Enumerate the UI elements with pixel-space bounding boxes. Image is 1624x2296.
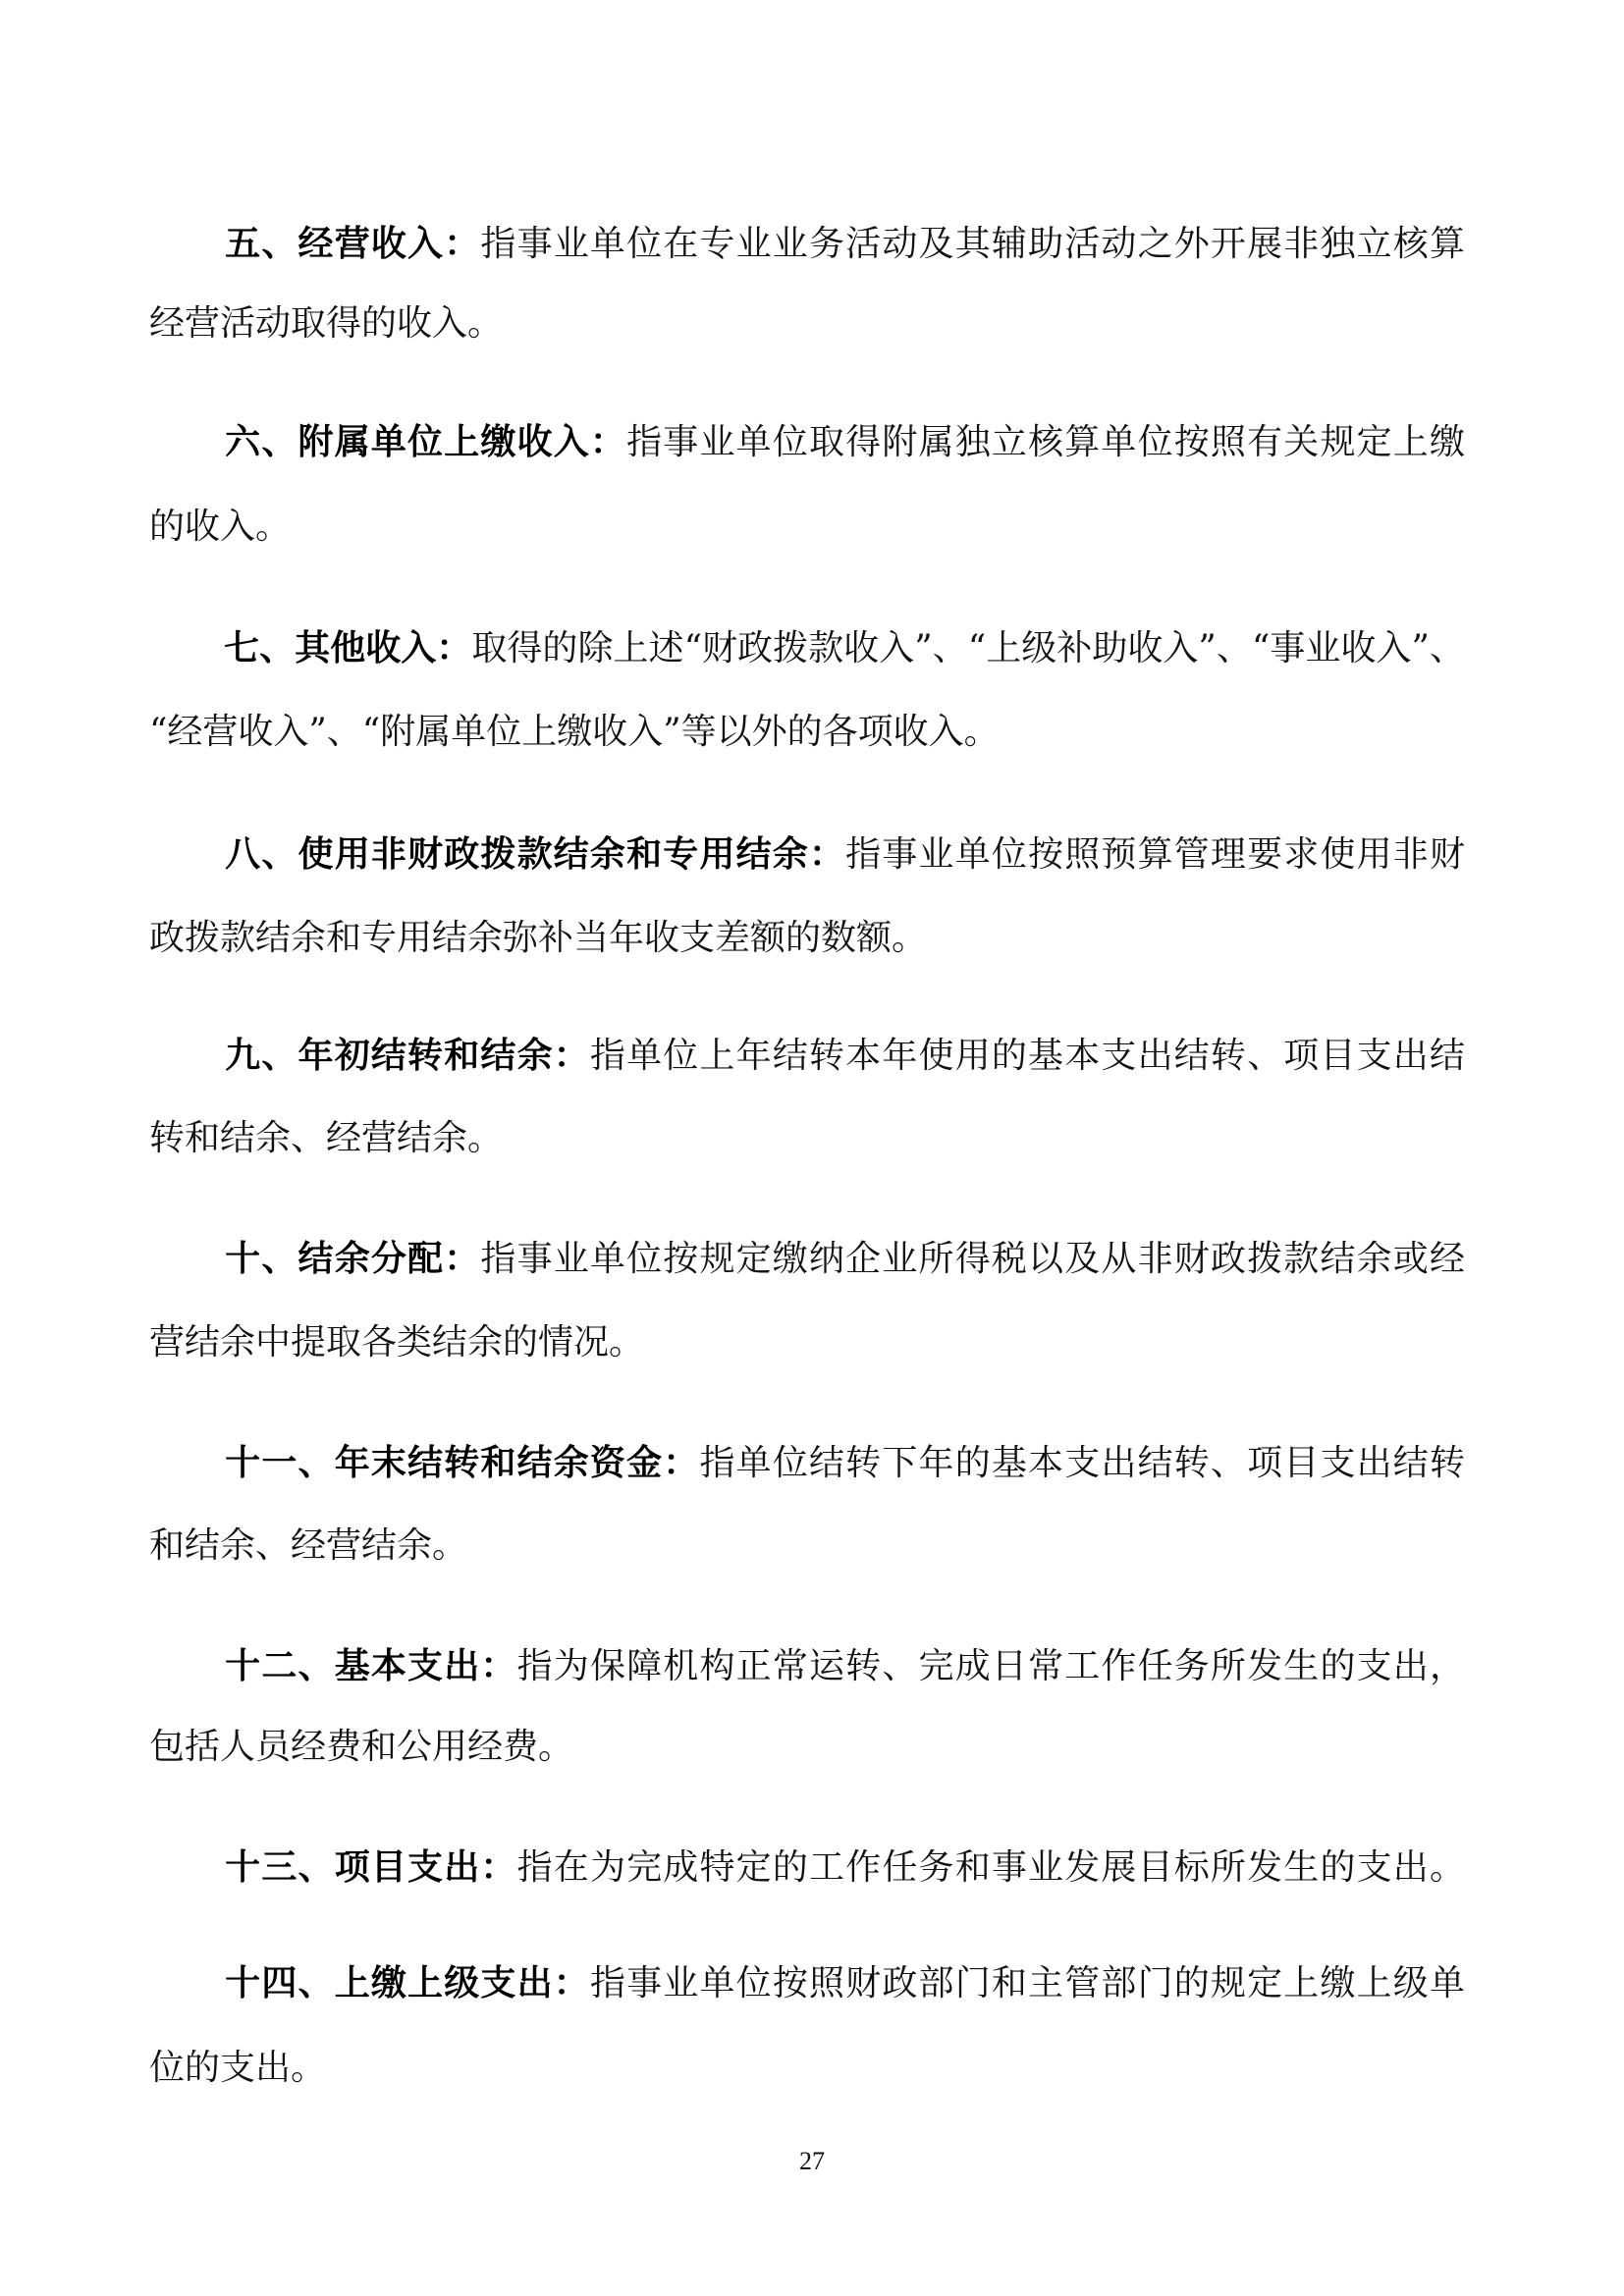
term-definition: 取得的除上述“财政拨款收入”、“上级补助收入”、“事业收入”、 bbox=[471, 628, 1465, 668]
term-definition: 指事业单位取得附属独立核算单位按照有关规定上缴 bbox=[626, 422, 1465, 462]
term-definition: 指事业单位按规定缴纳企业所得税以及从非财政拨款结余或经 bbox=[480, 1239, 1465, 1279]
term-definition: 指事业单位按照预算管理要求使用非财 bbox=[845, 834, 1465, 875]
paragraph-11-line-2: 和结余、经营结余。 bbox=[149, 1523, 1465, 1569]
term-heading: 八、使用非财政拨款结余和专用结余： bbox=[224, 833, 845, 875]
paragraph-6-line-1: 六、附属单位上缴收入：指事业单位取得附属独立核算单位按照有关规定上缴 bbox=[149, 419, 1465, 464]
term-definition: 指单位结转下年的基本支出结转、项目支出结转 bbox=[699, 1443, 1465, 1483]
paragraph-9-line-1: 九、年初结转和结余：指单位上年结转本年使用的基本支出结转、项目支出结 bbox=[149, 1033, 1465, 1078]
term-heading: 六、附属单位上缴收入： bbox=[224, 421, 626, 462]
term-definition: 指事业单位按照财政部门和主管部门的规定上缴上级单 bbox=[590, 1963, 1465, 2003]
page-number: 27 bbox=[0, 2148, 1624, 2175]
term-heading: 十、结余分配： bbox=[224, 1238, 480, 1279]
term-heading: 十二、基本支出： bbox=[224, 1645, 517, 1686]
term-heading: 七、其他收入： bbox=[224, 627, 471, 668]
paragraph-12-line-1: 十二、基本支出：指为保障机构正常运转、完成日常工作任务所发生的支出， bbox=[149, 1643, 1465, 1688]
paragraph-7-line-2: “经营收入”、“附属单位上缴收入”等以外的各项收入。 bbox=[149, 710, 1465, 755]
term-definition: 指单位上年结转本年使用的基本支出结转、项目支出结 bbox=[590, 1036, 1465, 1076]
paragraph-8-line-1: 八、使用非财政拨款结余和专用结余：指事业单位按照预算管理要求使用非财 bbox=[149, 831, 1465, 877]
paragraph-14-line-2: 位的支出。 bbox=[149, 2046, 1465, 2091]
paragraph-8-line-2: 政拨款结余和专用结余弥补当年收支差额的数额。 bbox=[149, 916, 1465, 961]
term-definition: 指事业单位在专业业务活动及其辅助活动之外开展非独立核算 bbox=[480, 224, 1465, 264]
paragraph-11-line-1: 十一、年末结转和结余资金：指单位结转下年的基本支出结转、项目支出结转 bbox=[149, 1440, 1465, 1485]
term-heading: 五、经营收入： bbox=[224, 223, 480, 264]
paragraph-5-line-2: 经营活动取得的收入。 bbox=[149, 301, 1465, 347]
document-page: 五、经营收入：指事业单位在专业业务活动及其辅助活动之外开展非独立核算 经营活动取… bbox=[0, 0, 1624, 2296]
term-heading: 九、年初结转和结余： bbox=[224, 1035, 590, 1076]
paragraph-13-line-1: 十三、项目支出：指在为完成特定的工作任务和事业发展目标所发生的支出。 bbox=[149, 1844, 1465, 1890]
paragraph-10-line-2: 营结余中提取各类结余的情况。 bbox=[149, 1320, 1465, 1365]
term-heading: 十一、年末结转和结余资金： bbox=[224, 1442, 699, 1483]
paragraph-5-line-1: 五、经营收入：指事业单位在专业业务活动及其辅助活动之外开展非独立核算 bbox=[149, 221, 1465, 266]
term-definition: 指在为完成特定的工作任务和事业发展目标所发生的支出。 bbox=[517, 1847, 1465, 1888]
term-heading: 十四、上缴上级支出： bbox=[224, 1962, 590, 2003]
paragraph-7-line-1: 七、其他收入：取得的除上述“财政拨款收入”、“上级补助收入”、“事业收入”、 bbox=[149, 625, 1465, 670]
paragraph-10-line-1: 十、结余分配：指事业单位按规定缴纳企业所得税以及从非财政拨款结余或经 bbox=[149, 1236, 1465, 1281]
paragraph-12-line-2: 包括人员经费和公用经费。 bbox=[149, 1725, 1465, 1770]
paragraph-9-line-2: 转和结余、经营结余。 bbox=[149, 1116, 1465, 1161]
paragraph-6-line-2: 的收入。 bbox=[149, 505, 1465, 550]
term-definition: 指为保障机构正常运转、完成日常工作任务所发生的支出， bbox=[517, 1646, 1465, 1686]
term-heading: 十三、项目支出： bbox=[224, 1846, 517, 1888]
paragraph-14-line-1: 十四、上缴上级支出：指事业单位按照财政部门和主管部门的规定上缴上级单 bbox=[149, 1960, 1465, 2005]
